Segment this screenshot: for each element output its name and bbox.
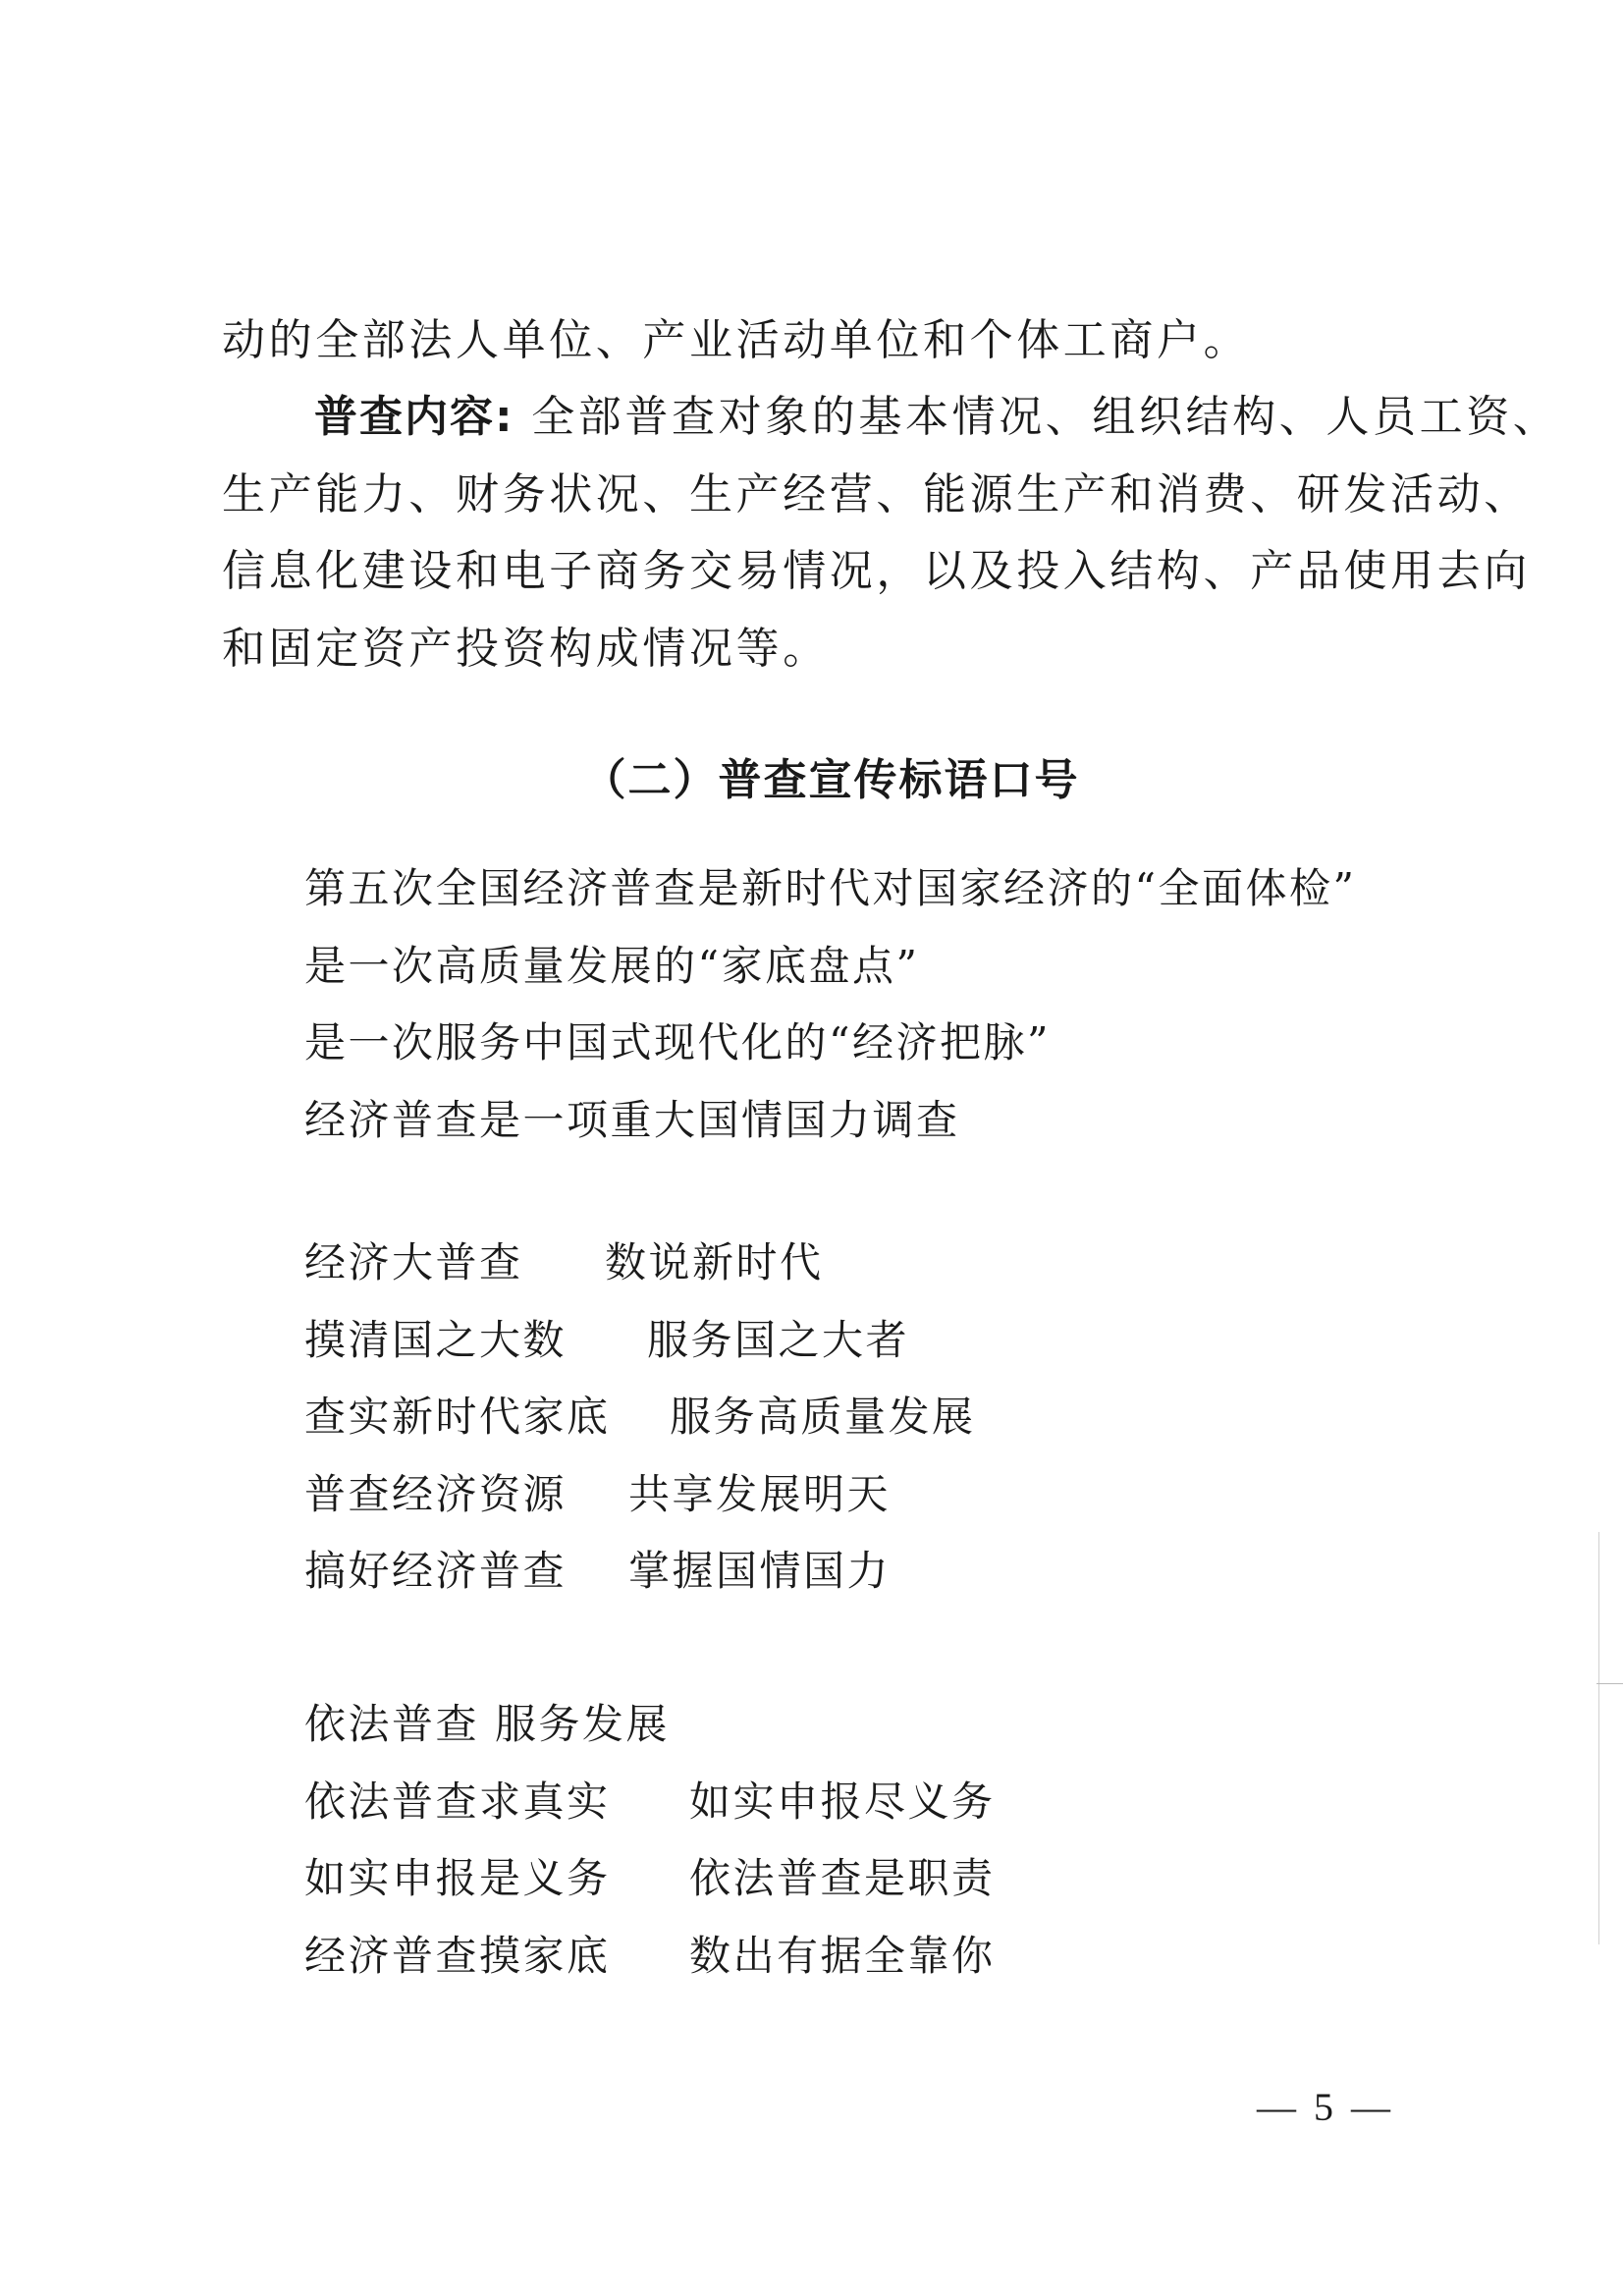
slogan-right: 服务国之大者 bbox=[647, 1302, 909, 1380]
slogan-line: 是一次服务中国式现代化的“经济把脉” bbox=[304, 1005, 1356, 1082]
slogan-group-1: 第五次全国经济普查是新时代对国家经济的“全面体检” 是一次高质量发展的“家底盘点… bbox=[304, 850, 1356, 1159]
slogan-right: 共享发展明天 bbox=[628, 1456, 891, 1534]
intro-paragraph: 动的全部法人单位、产业活动单位和个体工商户。 bbox=[222, 302, 1430, 380]
slogan-left: 经济普查摸家底 bbox=[304, 1932, 611, 1980]
slogan-right: 数出有据全靠你 bbox=[689, 1918, 996, 1995]
content-line-3: 信息化建设和电子商务交易情况，以及投入结构、产品使用去向 bbox=[222, 533, 1430, 611]
section-heading: （二）普查宣传标语口号 bbox=[0, 744, 1623, 807]
slogan-group-2: 经济大普查 数说新时代 摸清国之大数 服务国之大者 查实新时代家底 服务高质量发… bbox=[304, 1225, 611, 1611]
slogan-left: 搞好经济普查 bbox=[304, 1547, 567, 1595]
slogan-left: 查实新时代家底 bbox=[304, 1393, 611, 1441]
slogan-left: 普查经济资源 bbox=[304, 1470, 567, 1518]
slogan-pair: 如实申报是义务 依法普查是职责 bbox=[304, 1840, 670, 1918]
slogan-pair: 摸清国之大数 服务国之大者 bbox=[304, 1302, 611, 1380]
scan-edge-line bbox=[1598, 1532, 1599, 1944]
content-paragraph: 普查内容: 全部普查对象的基本情况、组织结构、人员工资、 生产能力、财务状况、生… bbox=[222, 379, 1430, 687]
slogan-pair: 查实新时代家底 服务高质量发展 bbox=[304, 1379, 611, 1456]
content-line-1-text: 全部普查对象的基本情况、组织结构、人员工资、 bbox=[514, 392, 1560, 442]
slogan-right: 掌握国情国力 bbox=[628, 1533, 891, 1611]
slogan-right: 服务高质量发展 bbox=[670, 1379, 976, 1456]
slogan-line: 经济普查是一项重大国情国力调查 bbox=[304, 1082, 1356, 1160]
document-page: 动的全部法人单位、产业活动单位和个体工商户。 普查内容: 全部普查对象的基本情况… bbox=[0, 0, 1623, 2296]
slogan-right: 依法普查是职责 bbox=[689, 1840, 996, 1918]
content-line-2: 生产能力、财务状况、生产经营、能源生产和消费、研发活动、 bbox=[222, 457, 1430, 534]
slogan-pair: 依法普查求真实 如实申报尽义务 bbox=[304, 1764, 670, 1841]
slogan-pair: 经济大普查 数说新时代 bbox=[304, 1225, 611, 1302]
slogan-group-3: 依法普查 服务发展 依法普查求真实 如实申报尽义务 如实申报是义务 依法普查是职… bbox=[304, 1686, 670, 1995]
slogan-left: 摸清国之大数 bbox=[304, 1316, 567, 1364]
content-label: 普查内容: bbox=[314, 392, 514, 442]
slogan-right: 如实申报尽义务 bbox=[689, 1764, 996, 1841]
slogan-group-3-title: 依法普查 服务发展 bbox=[304, 1686, 670, 1764]
slogan-right: 数说新时代 bbox=[605, 1225, 824, 1302]
slogan-line: 第五次全国经济普查是新时代对国家经济的“全面体检” bbox=[304, 850, 1356, 928]
slogan-pair: 普查经济资源 共享发展明天 bbox=[304, 1456, 611, 1534]
content-line-4: 和固定资产投资构成情况等。 bbox=[222, 611, 1430, 688]
slogan-line: 是一次高质量发展的“家底盘点” bbox=[304, 928, 1356, 1006]
slogan-left: 如实申报是义务 bbox=[304, 1854, 611, 1902]
slogan-pair: 搞好经济普查 掌握国情国力 bbox=[304, 1533, 611, 1611]
slogan-pair: 经济普查摸家底 数出有据全靠你 bbox=[304, 1918, 670, 1995]
slogan-left: 依法普查求真实 bbox=[304, 1777, 611, 1826]
scan-edge-tick bbox=[1596, 1683, 1623, 1684]
slogan-left: 经济大普查 bbox=[304, 1238, 523, 1286]
page-number: — 5 — bbox=[1257, 2084, 1394, 2130]
content-line-1: 普查内容: 全部普查对象的基本情况、组织结构、人员工资、 bbox=[222, 379, 1430, 457]
intro-line: 动的全部法人单位、产业活动单位和个体工商户。 bbox=[222, 302, 1430, 380]
